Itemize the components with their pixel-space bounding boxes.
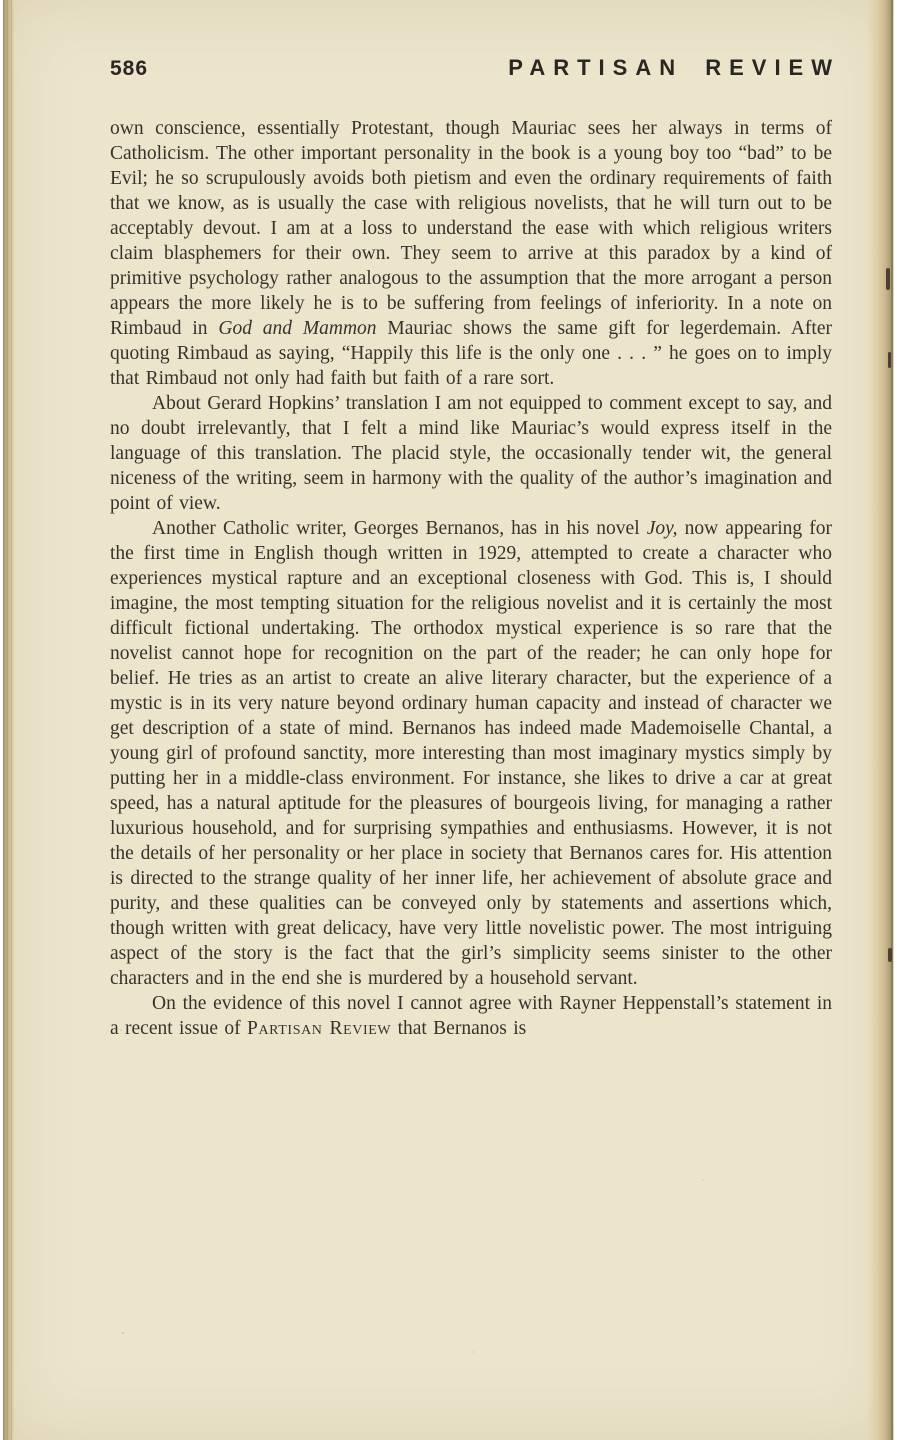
paragraph: About Gerard Hopkins’ translation I am n… bbox=[110, 391, 832, 516]
text-segment-smallcaps: Partisan Review bbox=[247, 1018, 391, 1039]
page-number: 586 bbox=[110, 57, 148, 81]
journal-title: PARTISAN REVIEW bbox=[508, 55, 840, 81]
scanned-page: 586 PARTISAN REVIEW own conscience, esse… bbox=[0, 0, 897, 1440]
scan-artifact-mark bbox=[886, 268, 890, 290]
page-right-edge bbox=[867, 0, 893, 1440]
paragraph: Another Catholic writer, Georges Bernano… bbox=[110, 516, 832, 991]
text-segment-normal: now appearing for the first time in Engl… bbox=[110, 518, 832, 989]
scan-artifact-mark bbox=[888, 948, 892, 962]
text-segment-normal: About Gerard Hopkins’ translation I am n… bbox=[110, 393, 832, 514]
scan-artifact-mark bbox=[888, 352, 891, 368]
paragraph: On the evidence of this novel I cannot a… bbox=[110, 991, 832, 1041]
page-left-edge bbox=[3, 0, 15, 1440]
paragraph: own conscience, essentially Protestant, … bbox=[110, 116, 832, 391]
text-segment-italic: God and Mammon bbox=[218, 318, 376, 339]
text-segment-normal: that Bernanos is bbox=[391, 1018, 526, 1039]
running-head: 586 PARTISAN REVIEW bbox=[110, 55, 832, 81]
body-text: own conscience, essentially Protestant, … bbox=[110, 116, 832, 1041]
text-segment-normal: Another Catholic writer, Georges Bernano… bbox=[152, 518, 647, 539]
text-segment-italic: Joy, bbox=[647, 518, 678, 539]
text-segment-normal: own conscience, essentially Protestant, … bbox=[110, 118, 832, 339]
